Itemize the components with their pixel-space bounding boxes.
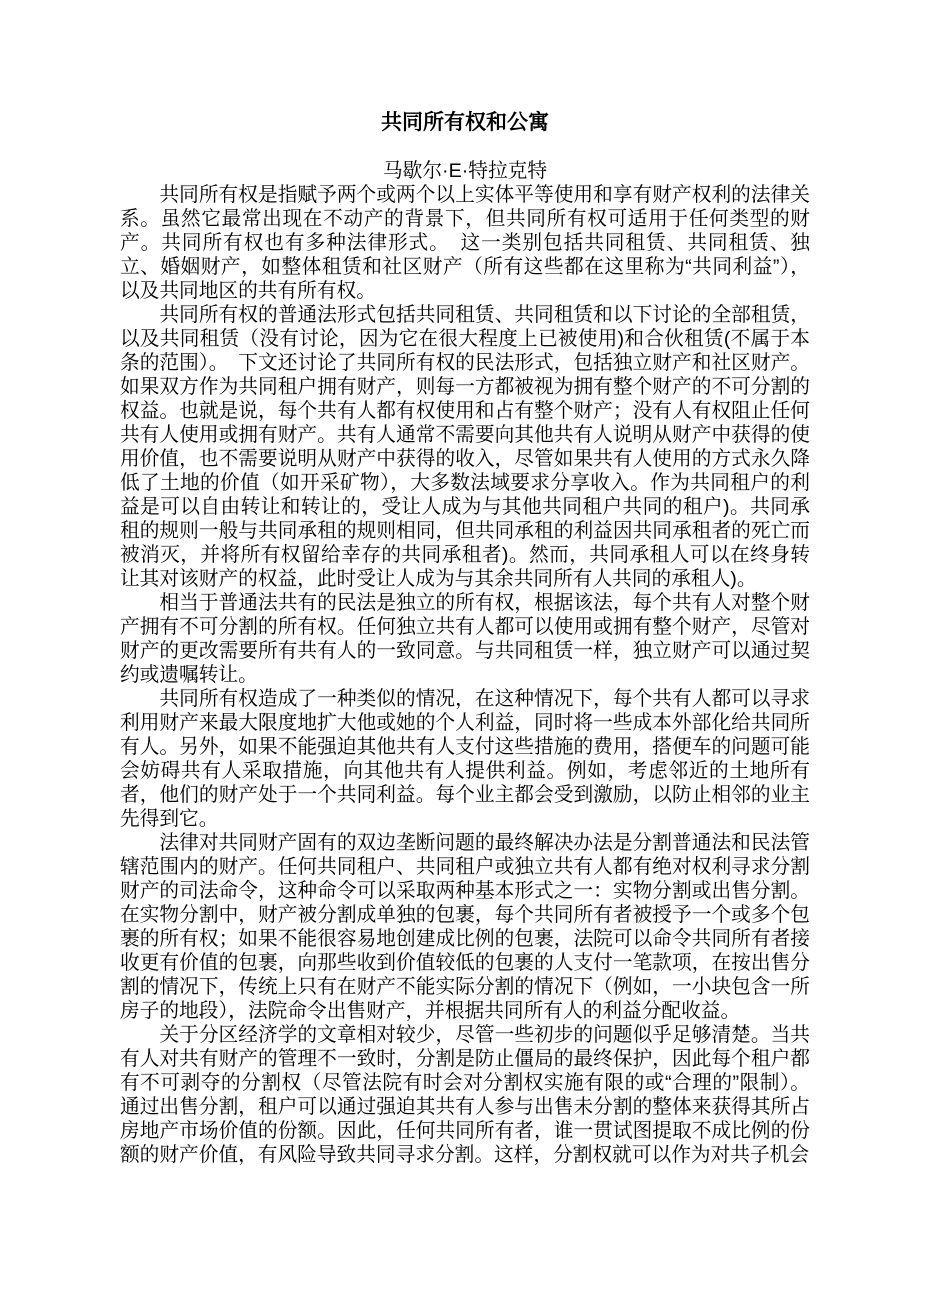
paragraph-5: 法律对共同财产固有的双边垄断问题的最终解决办法是分割普通法和民法管辖范围内的财产… — [120, 831, 810, 1023]
document-title: 共同所有权和公寓 — [120, 110, 810, 135]
paragraph-3: 相当于普通法共有的民法是独立的所有权，根据该法，每个共有人对整个财产拥有不可分割… — [120, 591, 810, 687]
paragraph-2: 共同所有权的普通法形式包括共同租赁、共同租赁和以下讨论的全部租赁，以及共同租赁（… — [120, 303, 810, 591]
document-content: 共同所有权和公寓 马歇尔·E·特拉克特 共同所有权是指赋予两个或两个以上实体平等… — [120, 110, 810, 1167]
paragraph-4: 共同所有权造成了一种类似的情况，在这种情况下，每个共有人都可以寻求利用财产来最大… — [120, 687, 810, 831]
document-page: 共同所有权和公寓 马歇尔·E·特拉克特 共同所有权是指赋予两个或两个以上实体平等… — [0, 0, 925, 1308]
paragraph-6: 关于分区经济学的文章相对较少，尽管一些初步的问题似乎足够清楚。当共有人对共有财产… — [120, 1023, 810, 1167]
paragraph-1: 共同所有权是指赋予两个或两个以上实体平等使用和享有财产权利的法律关系。虽然它最常… — [120, 183, 810, 303]
author-line: 马歇尔·E·特拉克特 — [120, 159, 810, 183]
